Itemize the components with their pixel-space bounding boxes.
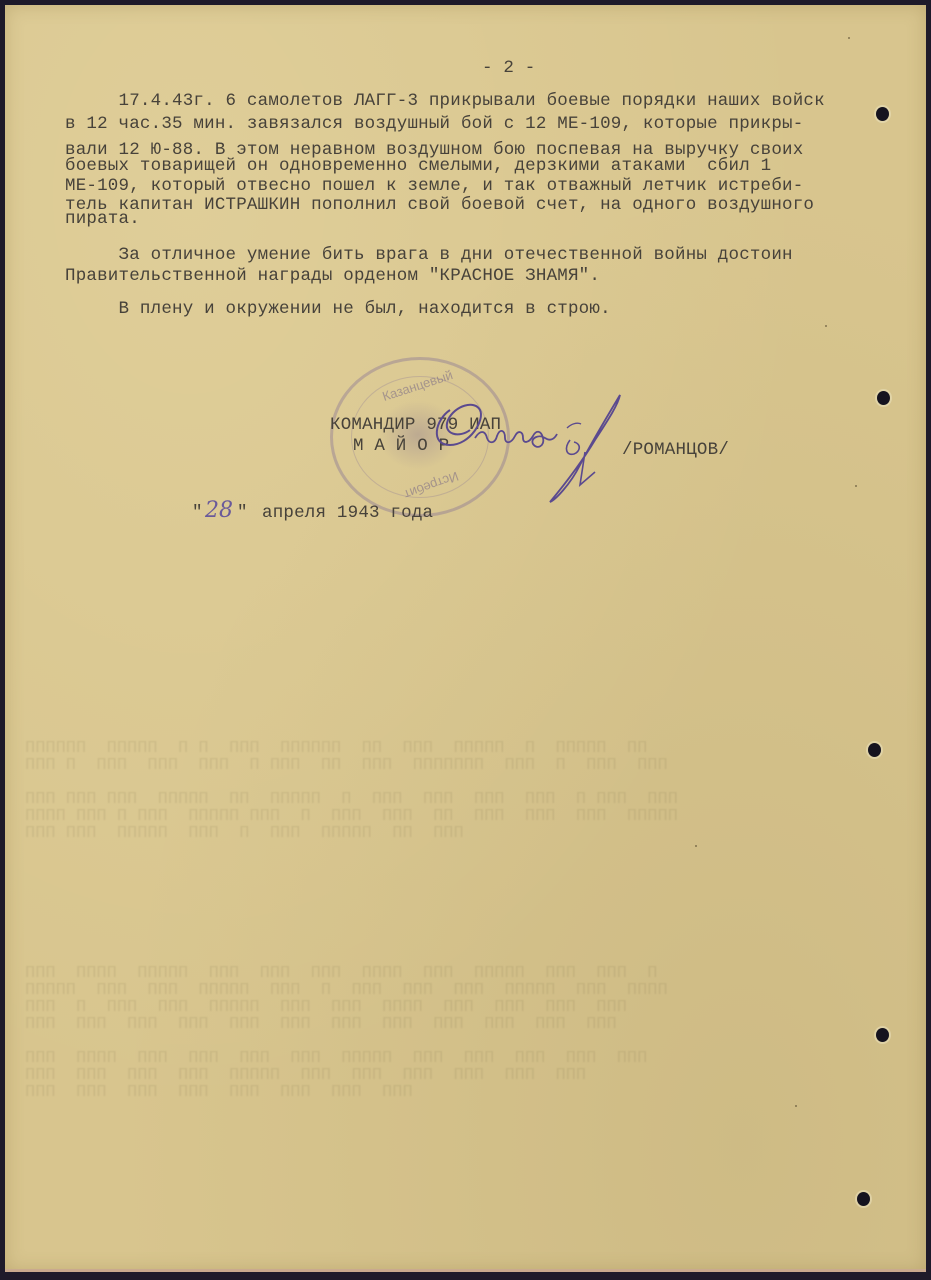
text-line: пирата. bbox=[65, 211, 140, 229]
text-line: Правительственной награды орденом "КРАСН… bbox=[65, 268, 600, 286]
bleed-through-text: ПППППП ППППП П П ППП ПППППП ПП ППП ППППП… bbox=[25, 740, 678, 842]
text-line: В плену и окружении не был, находится в … bbox=[65, 301, 611, 319]
text-line: в 12 час.35 мин. завязался воздушный бой… bbox=[65, 116, 803, 134]
text-line: 17.4.43г. 6 самолетов ЛАГГ-3 прикрывали … bbox=[65, 93, 825, 111]
punch-hole-icon bbox=[877, 391, 890, 405]
punch-hole-icon bbox=[868, 743, 881, 757]
punch-hole-icon bbox=[876, 107, 889, 121]
punch-hole-icon bbox=[857, 1192, 870, 1206]
page-bottom-edge bbox=[5, 1269, 926, 1272]
handwritten-signature bbox=[430, 390, 660, 510]
document-page: ПППППП ППППП П П ППП ПППППП ПП ППП ППППП… bbox=[5, 5, 926, 1271]
paper-speck bbox=[848, 37, 850, 39]
text-line: За отличное умение бить врага в дни отеч… bbox=[65, 247, 793, 265]
paper-speck bbox=[695, 845, 697, 847]
date-month-year: апреля 1943 года bbox=[262, 505, 433, 523]
date-open-quote: " bbox=[192, 505, 203, 523]
bleed-through-text-lower: ППП ПППП ППППП ППП ППП ППП ПППП ППП ПППП… bbox=[25, 965, 668, 1101]
text-line: тель капитан ИСТРАШКИН пополнил свой бое… bbox=[65, 197, 814, 215]
paper-speck bbox=[855, 485, 857, 487]
date-close-quote: " bbox=[237, 505, 248, 523]
punch-hole-icon bbox=[876, 1028, 889, 1042]
text-line: МЕ-109, который отвесно пошел к земле, и… bbox=[65, 178, 803, 196]
page-number: - 2 - bbox=[482, 60, 536, 78]
paper-speck bbox=[825, 325, 827, 327]
text-line: боевых товарищей он одновременно смелыми… bbox=[65, 158, 771, 176]
paper-speck bbox=[795, 1105, 797, 1107]
date-day-handwritten: 28 bbox=[205, 498, 233, 523]
